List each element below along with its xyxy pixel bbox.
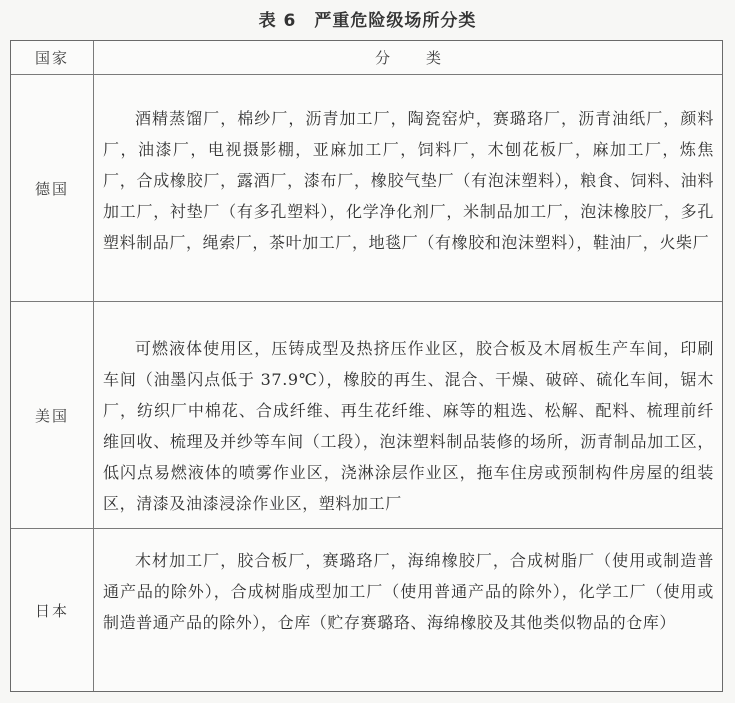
- header-category-part1: 分: [375, 47, 390, 68]
- row-divider: [11, 528, 722, 529]
- country-label: 日本: [35, 600, 69, 621]
- header-category-part2: 类: [426, 47, 441, 68]
- category-cell-usa: 可燃液体使用区，压铸成型及热挤压作业区，胶合板及木屑板生产车间，印刷车间（油墨闪…: [103, 333, 714, 519]
- header-country-label: 国家: [35, 47, 69, 68]
- country-cell-germany: 德国: [11, 75, 93, 301]
- table-number: 表 6: [259, 11, 297, 31]
- category-cell-germany: 酒精蒸馏厂，棉纱厂，沥青加工厂，陶瓷窑炉，赛璐珞厂，沥青油纸厂，颜料厂，油漆厂，…: [103, 103, 714, 258]
- country-label: 德国: [35, 178, 69, 199]
- hazard-classification-table: 国家 分类 德国 酒精蒸馏厂，棉纱厂，沥青加工厂，陶瓷窑炉，赛璐珞厂，沥青油纸厂…: [10, 40, 723, 692]
- table-title: 严重危险级场所分类: [314, 11, 476, 31]
- header-country: 国家: [11, 41, 93, 74]
- country-cell-japan: 日本: [11, 529, 93, 691]
- row-divider: [11, 301, 722, 302]
- row-divider: [11, 74, 722, 75]
- table-caption: 表 6严重危险级场所分类: [0, 6, 735, 31]
- country-label: 美国: [35, 405, 69, 426]
- header-category: 分类: [94, 41, 722, 74]
- category-cell-japan: 木材加工厂，胶合板厂，赛璐珞厂，海绵橡胶厂，合成树脂厂（使用或制造普通产品的除外…: [103, 545, 714, 638]
- column-divider: [93, 41, 94, 691]
- country-cell-usa: 美国: [11, 302, 93, 528]
